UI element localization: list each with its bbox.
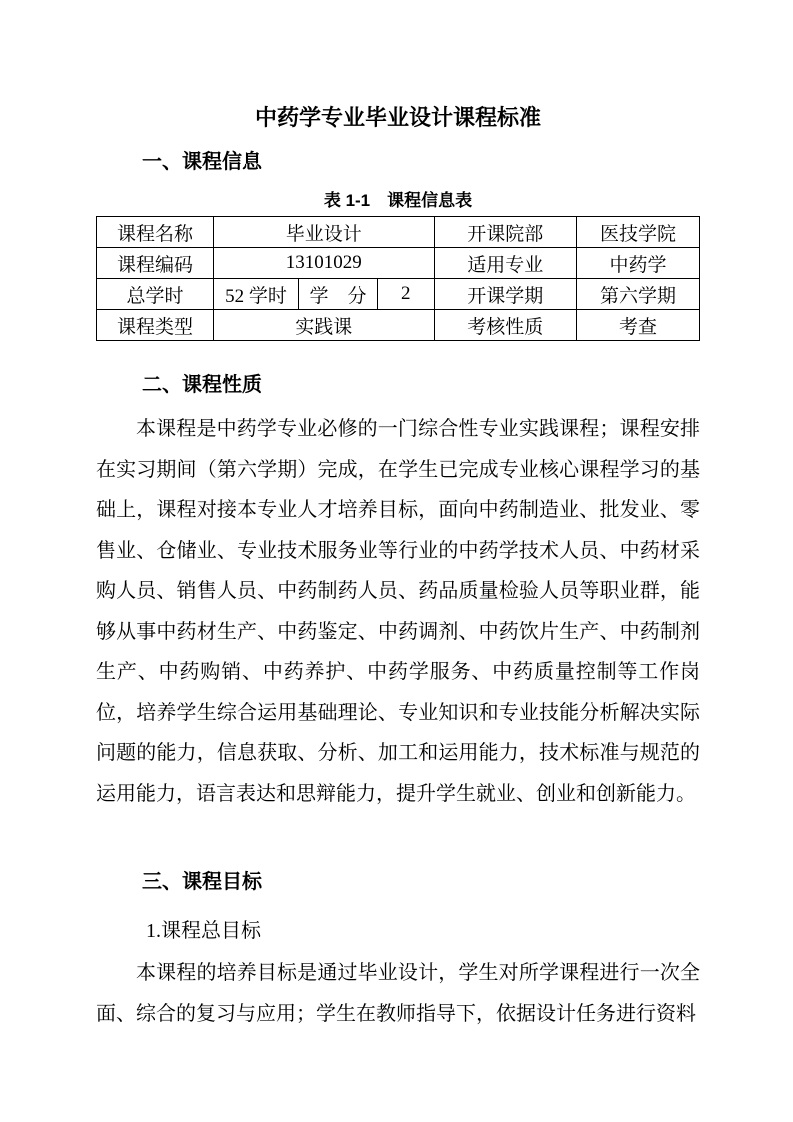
course-info-table: 课程名称 毕业设计 开课院部 医技学院 课程编码 13101029 适用专业 中…: [96, 216, 700, 341]
table-row: 课程名称 毕业设计 开课院部 医技学院: [97, 217, 700, 248]
course-name-label: 课程名称: [97, 217, 214, 248]
assessment-label: 考核性质: [434, 310, 576, 341]
credits-value: 2: [377, 279, 434, 310]
semester-label: 开课学期: [434, 279, 576, 310]
dept-label: 开课院部: [434, 217, 576, 248]
section-heading-course-nature: 二、课程性质: [96, 373, 700, 397]
table-caption: 表 1-1 课程信息表: [96, 191, 700, 211]
course-objectives-paragraph: 本课程的培养目标是通过毕业设计，学生对所学课程进行一次全面、综合的复习与应用；学…: [96, 953, 700, 1034]
course-name-value: 毕业设计: [213, 217, 434, 248]
document-page: 中药学专业毕业设计课程标准 一、课程信息 表 1-1 课程信息表 课程名称 毕业…: [0, 0, 793, 1122]
table-row: 总学时 52 学时 学 分 2 开课学期 第六学期: [97, 279, 700, 310]
course-nature-paragraph: 本课程是中药学专业必修的一门综合性专业实践课程；课程安排在实习期间（第六学期）完…: [96, 409, 700, 814]
course-type-label: 课程类型: [97, 310, 214, 341]
course-code-value: 13101029: [213, 248, 434, 279]
credits-label: 学 分: [298, 279, 377, 310]
total-hours-value: 52 学时: [213, 279, 298, 310]
total-hours-label: 总学时: [97, 279, 214, 310]
course-code-label: 课程编码: [97, 248, 214, 279]
major-label: 适用专业: [434, 248, 576, 279]
section-heading-course-objectives: 三、课程目标: [96, 870, 700, 894]
document-title: 中药学专业毕业设计课程标准: [96, 103, 700, 133]
table-row: 课程类型 实践课 考核性质 考查: [97, 310, 700, 341]
table-row: 课程编码 13101029 适用专业 中药学: [97, 248, 700, 279]
subheading-overall-objective: 1.课程总目标: [96, 919, 700, 943]
section-heading-course-info: 一、课程信息: [96, 150, 700, 174]
dept-value: 医技学院: [576, 217, 699, 248]
assessment-value: 考查: [576, 310, 699, 341]
course-type-value: 实践课: [213, 310, 434, 341]
semester-value: 第六学期: [576, 279, 699, 310]
major-value: 中药学: [576, 248, 699, 279]
